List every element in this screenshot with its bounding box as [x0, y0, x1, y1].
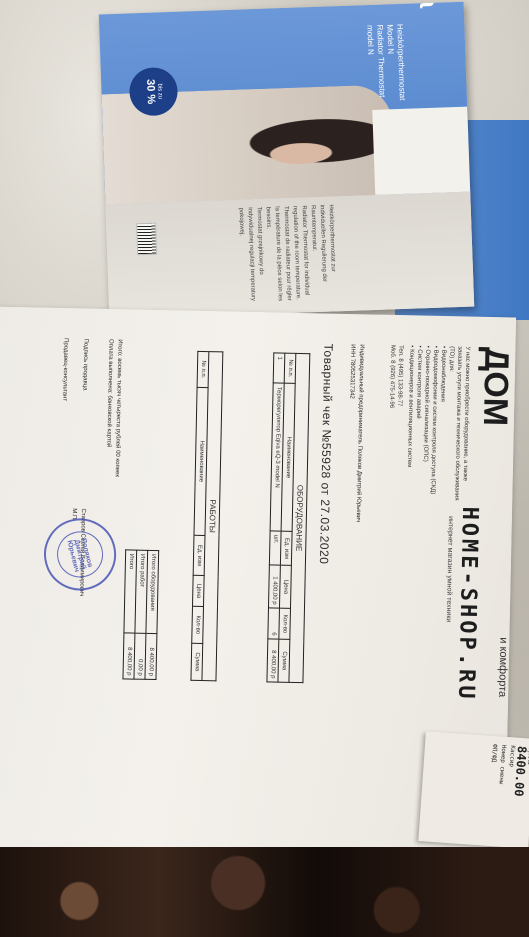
total-label: Итого: [124, 550, 137, 633]
side-line: Thermostat de radiateur pour régler la t…: [263, 206, 293, 307]
badge-percent: 30 %: [144, 79, 157, 104]
box-white-band: [372, 107, 470, 195]
col-qty: Кол-во: [192, 606, 204, 643]
equipment-table: ОБОРУДОВАНИЕ № п.п. Наименование Ед. изм…: [266, 352, 310, 683]
company-stamp: Поляков Дмитрий Юрьевич: [37, 511, 124, 598]
total-value: 8 400,00 р: [123, 633, 135, 679]
side-line: Heizkörperthermostat zur individuellen R…: [308, 204, 338, 305]
signature-block: Подпись продавца Продавец-консультант: [54, 338, 95, 402]
promo-text: У нас можно приобрести оборудование, а т…: [444, 346, 471, 501]
cell-sum: 8 400,00 р: [267, 639, 279, 682]
seller-info: Индивидуальный предприниматель Поляков Д…: [344, 344, 366, 522]
thermostat-box: eqiva Heizkörperthermostat Model N Radia…: [99, 2, 474, 320]
col-qty: Кол-во: [279, 608, 291, 639]
contacts: Тел. 8 (495) 133-98-77 Моб. 8 (926) 475-…: [385, 345, 404, 500]
receipt-title: Товарный чек №55928 от 27.03.2020: [317, 343, 336, 564]
col-number: № п.п.: [284, 353, 296, 383]
stamp-name: Поляков Дмитрий Юрьевич: [52, 527, 108, 583]
partner-subtitle: интернет магазин умной техники: [445, 516, 454, 622]
cell-price: 1 400,00 р: [268, 565, 280, 608]
box-front-panel: eqiva Heizkörperthermostat Model N Radia…: [99, 2, 470, 205]
barcode-sticker: [136, 223, 157, 256]
total-value: 8 400,00 р: [145, 633, 157, 679]
total-value: 0,00 р: [134, 633, 146, 679]
totals-table: Итого оборудования 8 400,00 р Итого рабо…: [122, 549, 159, 680]
carpet-floor: [0, 847, 529, 937]
photo-scene: eqiva Heizkörperthermostat Model N Radia…: [0, 0, 529, 937]
services-list: Видеонаблюдения Видеодомофонии и систем …: [404, 345, 447, 501]
side-line: Radiator Thermostat for individual regul…: [290, 205, 311, 306]
col-price: Цена: [193, 575, 205, 606]
store-logo: ДОМ: [475, 347, 516, 427]
col-price: Цена: [279, 565, 291, 608]
store-tagline: и комфорта: [496, 637, 509, 697]
side-line: Termostat grzejnikowy do indywidualnej r…: [236, 207, 266, 308]
total-label: Итого оборудования: [146, 550, 159, 633]
col-number: № п.п.: [197, 351, 209, 387]
signature-label: Подпись продавца: [74, 338, 95, 401]
amount-in-words: Итого: восемь тысяч четыреста рублей 00 …: [103, 339, 124, 477]
cell-number: 1: [273, 353, 285, 383]
model-line: Heizkörperthermostat: [394, 24, 407, 101]
works-table: РАБОТЫ № п.п. Наименование Ед. изм Цена …: [190, 351, 223, 681]
col-unit: Ед. изм: [193, 535, 205, 576]
brand-logo: eqiva: [410, 2, 443, 10]
box-side-panel: Heizkörperthermostat zur individuellen R…: [105, 192, 474, 320]
cash-register-receipt: Сумма 8400.00 Кассир Номер смены ФП/ФД: [418, 731, 529, 848]
partner-logo: HOME-SHOP.RU: [453, 506, 482, 701]
role-label: Продавец-консультант: [54, 338, 75, 401]
col-sum: Сумма: [191, 643, 203, 680]
badge-top: bis zu: [156, 83, 163, 99]
model-name: Heizkörperthermostat Model N Radiator Th…: [364, 24, 407, 102]
total-label: Итого работ: [135, 550, 148, 633]
col-sum: Сумма: [278, 639, 290, 682]
promo-block: У нас можно приобрести оборудование, а т…: [385, 345, 471, 502]
cash-receipt-content: Сумма 8400.00 Кассир Номер смены ФП/ФД: [428, 740, 529, 857]
box-side-text: Heizkörperthermostat zur individuellen R…: [236, 204, 338, 307]
cell-qty: 6: [268, 608, 280, 639]
cell-unit: шт.: [269, 531, 281, 565]
col-unit: Ед. изм: [280, 531, 292, 565]
